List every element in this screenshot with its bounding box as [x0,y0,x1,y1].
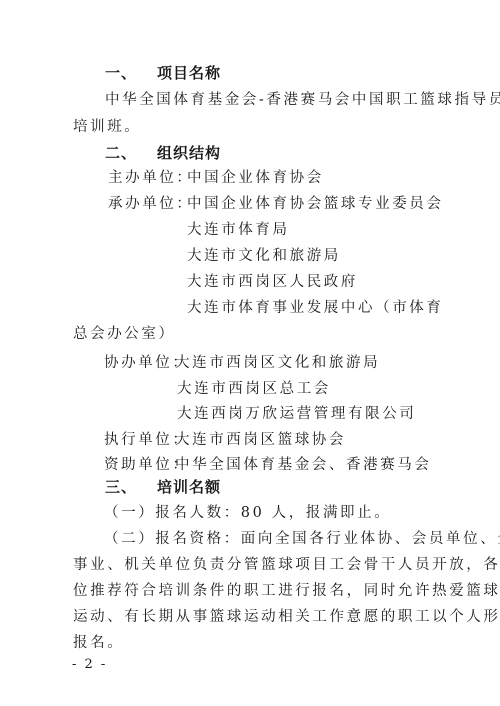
organizer-value: 中国企业体育协会 [187,169,324,187]
undertaker-value: 大连市体育局 [187,221,290,239]
paragraph-line: （一）报名人数：80 人，报满即止。 [104,504,391,522]
co-organizer-value: 大连西岗万欣运营管理有限公司 [177,405,416,423]
undertaker-continuation: 总会办公室） [73,325,176,343]
section-heading-1: 一、项目名称 [105,64,221,82]
paragraph-line: 事业、机关单位负责分管篮球项目工会骨干人员开放，各单 [73,556,500,574]
executor-value: 大连市西岗区篮球协会 [175,431,346,449]
co-organizer-value: 大连市西岗区总工会 [177,380,331,398]
undertaker-value: 大连市文化和旅游局 [187,247,341,265]
section-title: 培训名额 [157,478,221,496]
page-number: - 2 - [72,656,107,674]
paragraph-line: （二）报名资格：面向全国各行业体协、会员单位、企 [104,530,500,548]
sponsor-value: 中华全国体育基金会、香港赛马会 [175,456,432,474]
section-number: 三、 [105,478,157,496]
section-number: 一、 [105,64,157,82]
section-number: 二、 [105,144,157,162]
paragraph-line: 位推荐符合培训条件的职工进行报名，同时允许热爱篮球 [73,582,500,600]
undertaker-value: 大连市体育事业发展中心（市体育 [187,299,444,317]
section-heading-2: 二、组织结构 [105,144,221,162]
section-title: 组织结构 [157,144,221,162]
undertaker-value: 中国企业体育协会篮球专业委员会 [187,195,444,213]
paragraph-line: 中华全国体育基金会-香港赛马会中国职工篮球指导员 [105,91,500,109]
undertaker-value: 大连市西岗区人民政府 [187,273,358,291]
undertaker-label: 承办单位： [108,195,194,213]
paragraph-line: 运动、有长期从事篮球运动相关工作意愿的职工以个人形式 [73,608,500,626]
paragraph-line: 报名。 [73,634,124,652]
paragraph-line: 培训班。 [73,118,141,136]
section-title: 项目名称 [157,64,221,82]
section-heading-3: 三、培训名额 [105,478,221,496]
organizer-label: 主办单位： [108,169,194,187]
co-organizer-value: 大连市西岗区文化和旅游局 [175,354,380,372]
